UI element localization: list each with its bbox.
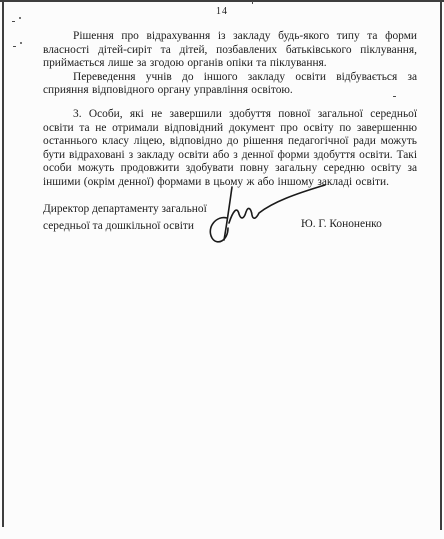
paragraph-expulsion-orphans: Рішення про відрахування із закладу будь… bbox=[43, 30, 417, 71]
signatory-title-line2: середньої та дошкільної освіти bbox=[43, 220, 194, 232]
scan-artifact bbox=[20, 42, 22, 44]
signature-block: Директор департаменту загальної середньо… bbox=[43, 201, 417, 235]
page-number: 14 bbox=[0, 6, 444, 17]
scan-artifact bbox=[13, 46, 16, 47]
scanned-document-page: 14 Рішення про відрахування із закладу б… bbox=[0, 0, 444, 539]
paragraph-item-3: 3. Особи, які не завершили здобуття повн… bbox=[43, 108, 417, 190]
scan-edge-top bbox=[0, 0, 444, 2]
scan-artifact bbox=[393, 96, 396, 97]
signatory-title-line1: Директор департаменту загальної bbox=[43, 203, 207, 215]
scan-artifact bbox=[252, 1, 253, 4]
signatory-name: Ю. Г. Кононенко bbox=[301, 218, 382, 230]
scan-artifact bbox=[19, 17, 21, 19]
scan-edge-left bbox=[2, 0, 4, 527]
handwritten-signature-icon bbox=[203, 179, 333, 245]
document-body: Рішення про відрахування із закладу будь… bbox=[43, 30, 417, 190]
scan-artifact bbox=[12, 21, 15, 22]
scan-edge-right bbox=[440, 0, 442, 530]
paragraph-transfer-students: Переведення учнів до іншого закладу осві… bbox=[43, 71, 417, 98]
